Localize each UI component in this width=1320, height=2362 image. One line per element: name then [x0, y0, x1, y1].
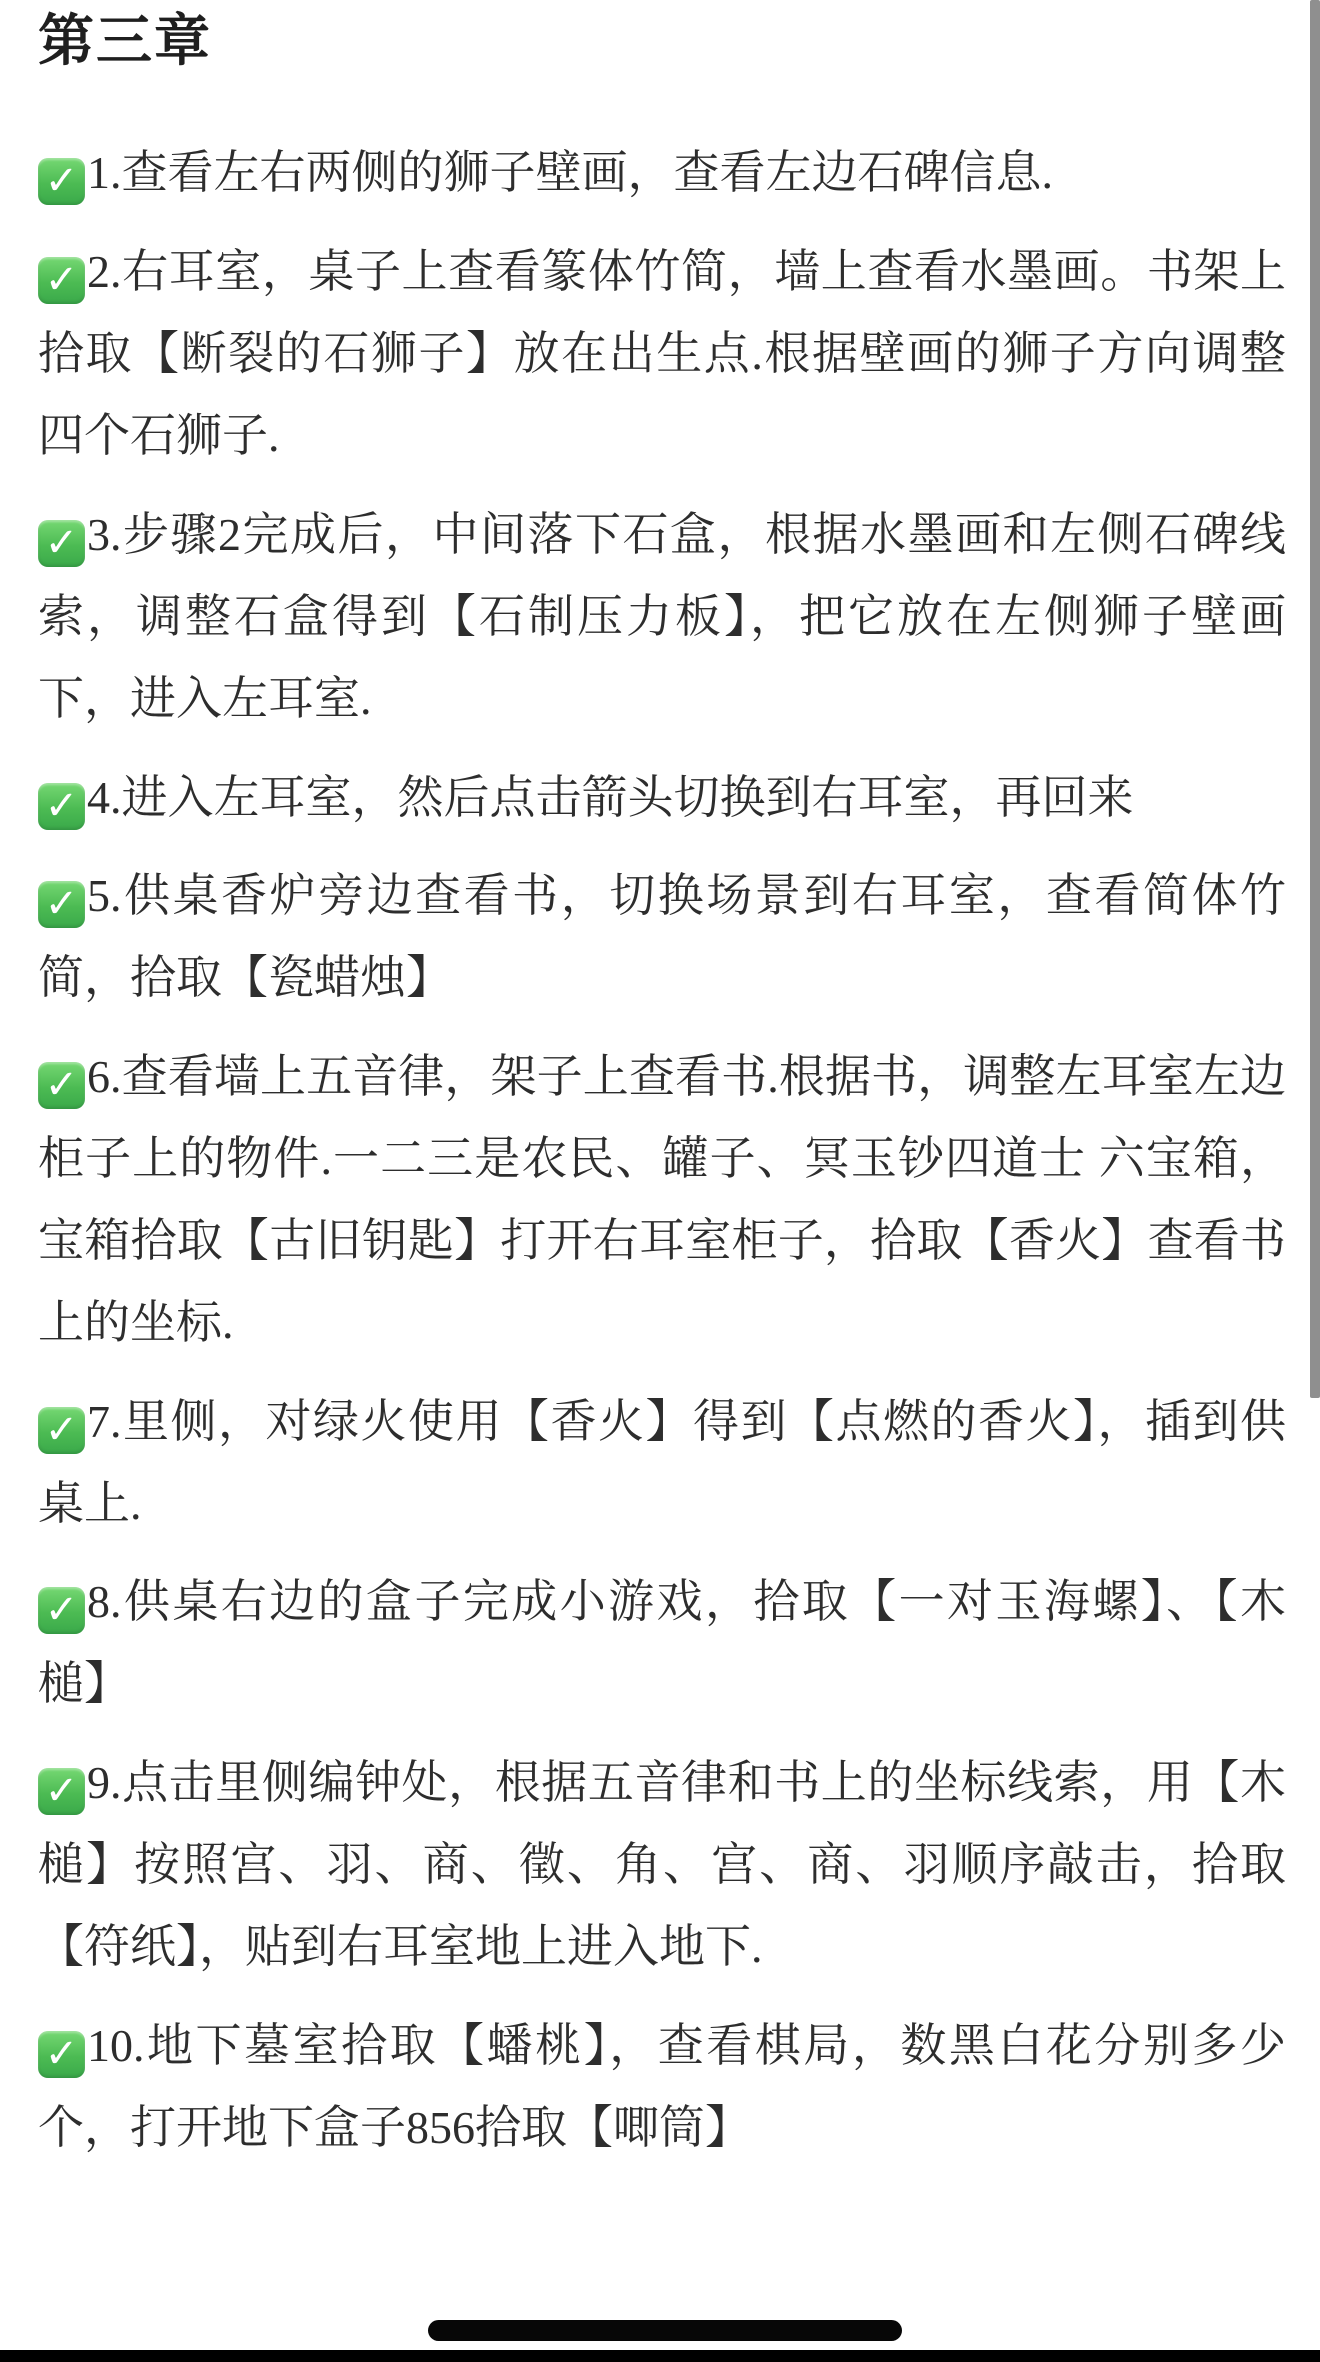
step-6: ✓6.查看墙上五音律，架子上查看书.根据书，调整左耳室左边柜子上的物件.一二三是…: [38, 1036, 1286, 1364]
steps-list: ✓1.查看左右两侧的狮子壁画，查看左边石碑信息. ✓2.右耳室，桌子上查看篆体竹…: [38, 132, 1286, 2168]
check-icon: ✓: [38, 1062, 85, 1109]
check-tick-glyph: ✓: [38, 1407, 85, 1453]
step-9: ✓9.点击里侧编钟处，根据五音律和书上的坐标线索，用【木槌】按照宫、羽、商、徵、…: [38, 1742, 1286, 1988]
check-tick-glyph: ✓: [38, 881, 85, 927]
check-icon: ✓: [38, 158, 85, 205]
check-tick-glyph: ✓: [38, 1062, 85, 1108]
check-tick-glyph: ✓: [38, 520, 85, 566]
check-icon: ✓: [38, 1407, 85, 1454]
chapter-title: 第三章: [38, 10, 1286, 74]
step-text: 6.查看墙上五音律，架子上查看书.根据书，调整左耳室左边柜子上的物件.一二三是农…: [38, 1051, 1286, 1348]
step-10: ✓10.地下墓室拾取【蟠桃】，查看棋局，数黑白花分别多少个，打开地下盒子856拾…: [38, 2005, 1286, 2169]
check-tick-glyph: ✓: [38, 1587, 85, 1633]
document-page: 第三章 ✓1.查看左右两侧的狮子壁画，查看左边石碑信息. ✓2.右耳室，桌子上查…: [0, 0, 1320, 2362]
home-indicator-bar[interactable]: [428, 2320, 902, 2341]
step-text: 3.步骤2完成后，中间落下石盒，根据水墨画和左侧石碑线索，调整石盒得到【石制压力…: [38, 509, 1286, 724]
step-text: 10.地下墓室拾取【蟠桃】，查看棋局，数黑白花分别多少个，打开地下盒子856拾取…: [38, 2020, 1286, 2153]
check-icon: ✓: [38, 881, 85, 928]
step-5: ✓5.供桌香炉旁边查看书，切换场景到右耳室，查看简体竹简，拾取【瓷蜡烛】: [38, 855, 1286, 1019]
step-text: 9.点击里侧编钟处，根据五音律和书上的坐标线索，用【木槌】按照宫、羽、商、徵、角…: [38, 1757, 1286, 1972]
step-text: 7.里侧，对绿火使用【香火】得到【点燃的香火】，插到供桌上.: [38, 1396, 1286, 1529]
check-tick-glyph: ✓: [38, 1768, 85, 1814]
step-text: 4.进入左耳室，然后点击箭头切换到右耳室，再回来: [87, 772, 1134, 823]
check-icon: ✓: [38, 257, 85, 304]
check-tick-glyph: ✓: [38, 158, 85, 204]
check-icon: ✓: [38, 520, 85, 567]
step-text: 5.供桌香炉旁边查看书，切换场景到右耳室，查看简体竹简，拾取【瓷蜡烛】: [38, 870, 1286, 1003]
step-4: ✓4.进入左耳室，然后点击箭头切换到右耳室，再回来: [38, 757, 1286, 839]
check-tick-glyph: ✓: [38, 2031, 85, 2077]
check-icon: ✓: [38, 1768, 85, 1815]
step-text: 8.供桌右边的盒子完成小游戏，拾取【一对玉海螺】、【木槌】: [38, 1576, 1286, 1709]
check-tick-glyph: ✓: [38, 783, 85, 829]
step-7: ✓7.里侧，对绿火使用【香火】得到【点燃的香火】，插到供桌上.: [38, 1381, 1286, 1545]
step-3: ✓3.步骤2完成后，中间落下石盒，根据水墨画和左侧石碑线索，调整石盒得到【石制压…: [38, 494, 1286, 740]
scrollbar-thumb[interactable]: [1310, 0, 1320, 1398]
check-icon: ✓: [38, 1587, 85, 1634]
step-2: ✓2.右耳室，桌子上查看篆体竹简，墙上查看水墨画。书架上拾取【断裂的石狮子】放在…: [38, 231, 1286, 477]
step-text: 1.查看左右两侧的狮子壁画，查看左边石碑信息.: [87, 147, 1053, 198]
check-tick-glyph: ✓: [38, 257, 85, 303]
check-icon: ✓: [38, 2031, 85, 2078]
check-icon: ✓: [38, 783, 85, 830]
bottom-edge-bar: [0, 2350, 1320, 2362]
step-8: ✓8.供桌右边的盒子完成小游戏，拾取【一对玉海螺】、【木槌】: [38, 1561, 1286, 1725]
step-text: 2.右耳室，桌子上查看篆体竹简，墙上查看水墨画。书架上拾取【断裂的石狮子】放在出…: [38, 246, 1286, 461]
step-1: ✓1.查看左右两侧的狮子壁画，查看左边石碑信息.: [38, 132, 1286, 214]
